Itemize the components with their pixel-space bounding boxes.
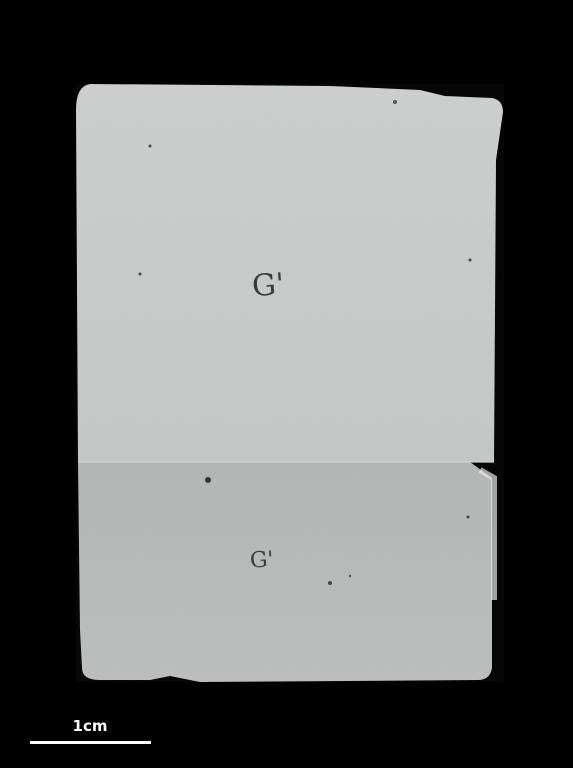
photo: G' G' 1cm	[0, 0, 573, 768]
scale-bar-label: 1cm	[68, 717, 112, 735]
scale-bar	[30, 741, 151, 744]
lower-marking: G'	[249, 547, 274, 574]
specimen-block	[0, 0, 573, 768]
upper-marking: G'	[251, 267, 286, 304]
